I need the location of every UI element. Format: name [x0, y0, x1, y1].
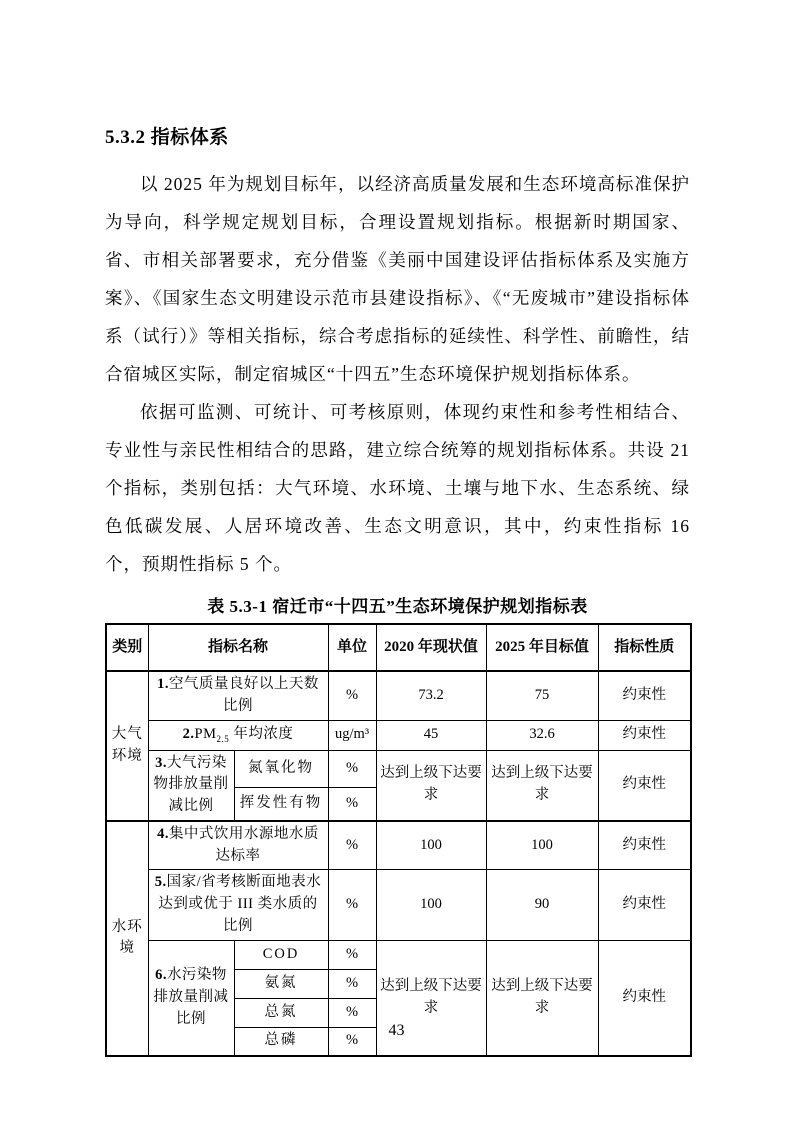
paragraph-intro: 以 2025 年为规划目标年，以经济高质量发展和生态环境高标准保护为导向，科学规… — [105, 165, 690, 393]
value-2020: 45 — [376, 720, 486, 750]
indicator-name: 1.空气质量良好以上天数比例 — [148, 671, 328, 720]
indicator-number: 1. — [157, 676, 169, 692]
unit-cell: % — [328, 788, 376, 821]
col-header-unit: 单位 — [328, 624, 376, 671]
table-row: 3.大气污染物排放量削减比例 氮氧化物 % 达到上级下达要求 达到上级下达要求 … — [106, 750, 691, 788]
unit-cell: ug/m³ — [328, 720, 376, 750]
category-water: 水环境 — [106, 821, 148, 1056]
sub-indicator: 氨氮 — [234, 969, 328, 998]
pm25-subscript: 2.5 — [217, 734, 230, 744]
nature-cell: 约束性 — [598, 821, 691, 870]
indicator-table: 类别 指标名称 单位 2020 年现状值 2025 年目标值 指标性质 大气环境… — [105, 623, 692, 1057]
indicator-name: 2.PM2.5 年均浓度 — [148, 720, 328, 750]
unit-cell: % — [328, 940, 376, 969]
value-2025: 75 — [486, 671, 598, 720]
sub-indicator: 挥发性有物 — [234, 788, 328, 821]
indicator-number: 2. — [183, 726, 195, 742]
col-header-category: 类别 — [106, 624, 148, 671]
table-title: 表 5.3-1 宿迁市“十四五”生态环境保护规划指标表 — [105, 592, 690, 617]
table-row: 水环境 4.集中式饮用水源地水质达标率 % 100 100 约束性 — [106, 821, 691, 870]
indicator-number: 5. — [155, 874, 167, 890]
col-header-nature: 指标性质 — [598, 624, 691, 671]
section-heading: 5.3.2 指标体系 — [105, 122, 690, 149]
unit-cell: % — [328, 821, 376, 870]
table-header-row: 类别 指标名称 单位 2020 年现状值 2025 年目标值 指标性质 — [106, 624, 691, 671]
sub-indicator: 氮氧化物 — [234, 750, 328, 788]
col-header-indicator: 指标名称 — [148, 624, 328, 671]
nature-cell: 约束性 — [598, 750, 691, 821]
indicator-name: 4.集中式饮用水源地水质达标率 — [148, 821, 328, 870]
nature-cell: 约束性 — [598, 870, 691, 940]
unit-cell: % — [328, 750, 376, 788]
indicator-number: 4. — [157, 826, 169, 842]
value-2025: 达到上级下达要求 — [486, 750, 598, 821]
page-number: 43 — [0, 1022, 793, 1040]
col-header-2020: 2020 年现状值 — [376, 624, 486, 671]
sub-indicator: COD — [234, 940, 328, 969]
unit-cell: % — [328, 969, 376, 998]
table-row: 大气环境 1.空气质量良好以上天数比例 % 73.2 75 约束性 — [106, 671, 691, 720]
value-2020: 达到上级下达要求 — [376, 750, 486, 821]
value-2025: 100 — [486, 821, 598, 870]
indicator-name: 5.国家/省考核断面地表水达到或优于 III 类水质的比例 — [148, 870, 328, 940]
value-2025: 90 — [486, 870, 598, 940]
unit-cell: % — [328, 671, 376, 720]
indicator-number: 3. — [155, 755, 167, 771]
nature-cell: 约束性 — [598, 720, 691, 750]
value-2025: 32.6 — [486, 720, 598, 750]
value-2020: 100 — [376, 821, 486, 870]
table-row: 5.国家/省考核断面地表水达到或优于 III 类水质的比例 % 100 90 约… — [106, 870, 691, 940]
unit-cell: % — [328, 870, 376, 940]
table-row: 2.PM2.5 年均浓度 ug/m³ 45 32.6 约束性 — [106, 720, 691, 750]
value-2020: 100 — [376, 870, 486, 940]
document-page: 5.3.2 指标体系 以 2025 年为规划目标年，以经济高质量发展和生态环境高… — [0, 0, 793, 1122]
indicator-name: 3.大气污染物排放量削减比例 — [148, 750, 234, 821]
category-air: 大气环境 — [106, 671, 148, 821]
indicator-number: 6. — [155, 967, 167, 983]
col-header-2025: 2025 年目标值 — [486, 624, 598, 671]
paragraph-principles: 依据可监测、可统计、可考核原则，体现约束性和参考性相结合、专业性与亲民性相结合的… — [105, 393, 690, 583]
nature-cell: 约束性 — [598, 671, 691, 720]
table-row: 6.水污染物排放量削减比例 COD % 达到上级下达要求 达到上级下达要求 约束… — [106, 940, 691, 969]
value-2020: 73.2 — [376, 671, 486, 720]
